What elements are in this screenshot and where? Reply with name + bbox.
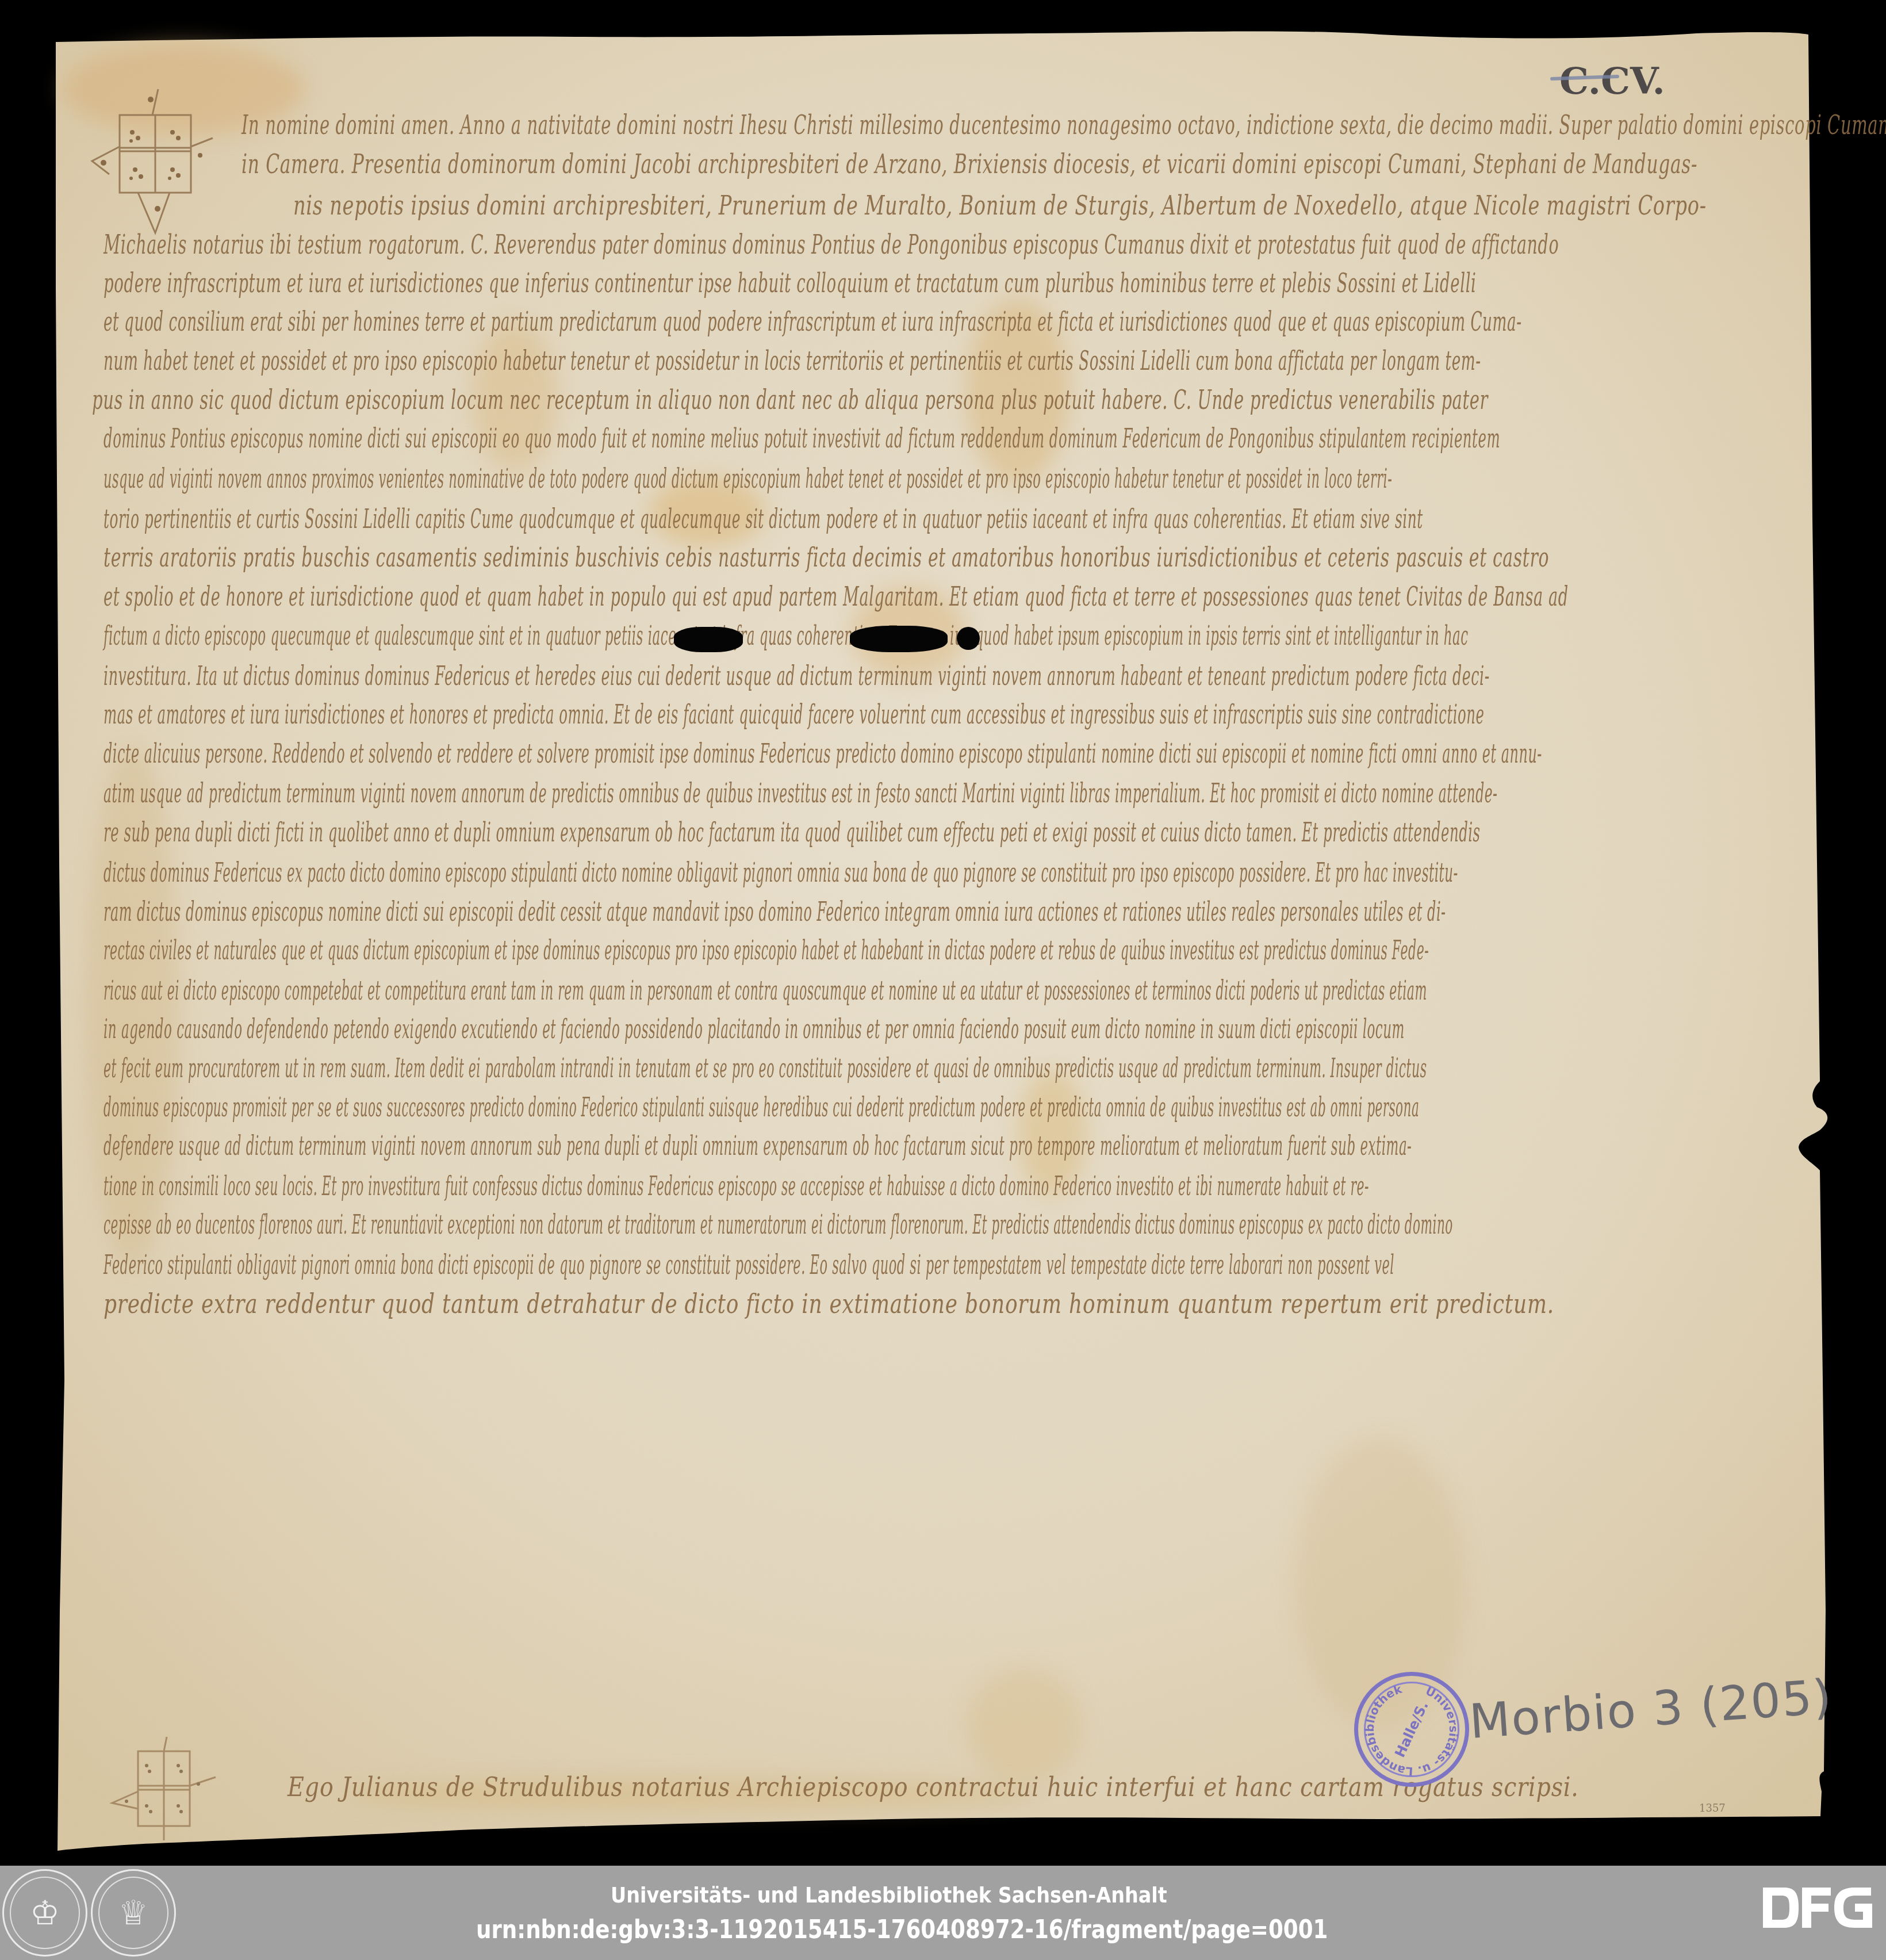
parchment-sheet: C.CV. In nomine domini amen. Anno a nati… (0, 0, 1886, 1866)
redaction-blot (674, 627, 743, 652)
text-line: pus in anno sic quod dictum episcopium l… (92, 384, 1488, 415)
text-line: torio pertinentiis et curtis Sossini Lid… (103, 503, 1423, 534)
institution-name: Universitäts- und Landesbibliothek Sachs… (611, 1882, 1167, 1908)
text-line: Michaelis notarius ibi testium rogatorum… (103, 229, 1559, 260)
text-line: predicte extra reddentur quod tantum det… (103, 1288, 1554, 1319)
text-line: num habet tenet et possidet et pro ipso … (103, 345, 1481, 376)
text-line: In nomine domini amen. Anno a nativitate… (241, 109, 1886, 140)
charter-text: In nomine domini amen. Anno a nativitate… (0, 0, 1886, 1866)
text-line: dictus dominus Federicus ex pacto dicto … (103, 857, 1458, 888)
text-line: usque ad viginti novem annos proximos ve… (103, 463, 1392, 494)
university-seal-left-icon: ♔ (2, 1869, 87, 1957)
text-line: investitura. Ita ut dictus dominus domin… (103, 660, 1490, 691)
text-line: dominus episcopus promisit per se et suo… (103, 1092, 1419, 1123)
dfg-logo-icon (1763, 1888, 1872, 1928)
pencil-note: 1357 (1699, 1802, 1726, 1814)
text-line: et quod consilium erat sibi per homines … (103, 306, 1522, 337)
text-line: cepisse ab eo ducentos florenos auri. Et… (103, 1209, 1453, 1240)
text-line: dominus Pontius episcopus nomine dicti s… (103, 423, 1500, 454)
seal-figure-icon: ♔ (30, 1893, 60, 1932)
seal-figure-icon: ♕ (118, 1893, 148, 1932)
library-stamp: Universitäts- u. Landesbibliothek Halle/… (1354, 1672, 1469, 1787)
text-line: defendere usque ad dictum terminum vigin… (103, 1130, 1412, 1161)
text-line: ram dictus dominus episcopus nomine dict… (103, 896, 1446, 927)
redaction-blot (957, 627, 980, 650)
university-seal-right-icon: ♕ (91, 1869, 176, 1957)
text-line: in Camera. Presentia dominorum domini Ja… (241, 148, 1697, 179)
text-line: fictum a dicto episcopo quecumque et qua… (103, 620, 1469, 651)
text-line: ricus aut ei dicto episcopo competebat e… (103, 975, 1427, 1006)
text-line: in agendo causando defendendo petendo ex… (103, 1013, 1405, 1044)
text-line: nis nepotis ipsius domini archipresbiter… (293, 190, 1707, 221)
redaction-blot (850, 626, 948, 652)
text-line: mas et amatores et iura iurisdictiones e… (103, 699, 1484, 730)
text-line: rectas civiles et naturales que et quas … (103, 935, 1429, 966)
footer-bar: ♔ ♕ Universitäts- und Landesbibliothek S… (0, 1866, 1886, 1960)
text-line: atim usque ad predictum terminum viginti… (103, 778, 1498, 809)
text-line: podere infrascriptum et iura et iurisdic… (103, 267, 1477, 298)
text-line: dicte alicuius persone. Reddendo et solv… (103, 738, 1542, 769)
text-line: tione in consimili loco seu locis. Et pr… (103, 1170, 1369, 1201)
urn-link[interactable]: urn:nbn:de:gbv:3:3-1192015415-1760408972… (476, 1915, 1328, 1944)
text-line: Federico stipulanti obligavit pignori om… (103, 1249, 1394, 1280)
text-line: terris aratoriis pratis buschis casament… (103, 542, 1549, 573)
text-line: et fecit eum procuratorem ut in rem suam… (103, 1052, 1427, 1084)
text-line: et spolio et de honore et iurisdictione … (103, 581, 1569, 612)
text-line: re sub pena dupli dicti ficti in quolibe… (103, 817, 1481, 848)
document-viewer: C.CV. In nomine domini amen. Anno a nati… (0, 0, 1886, 1866)
